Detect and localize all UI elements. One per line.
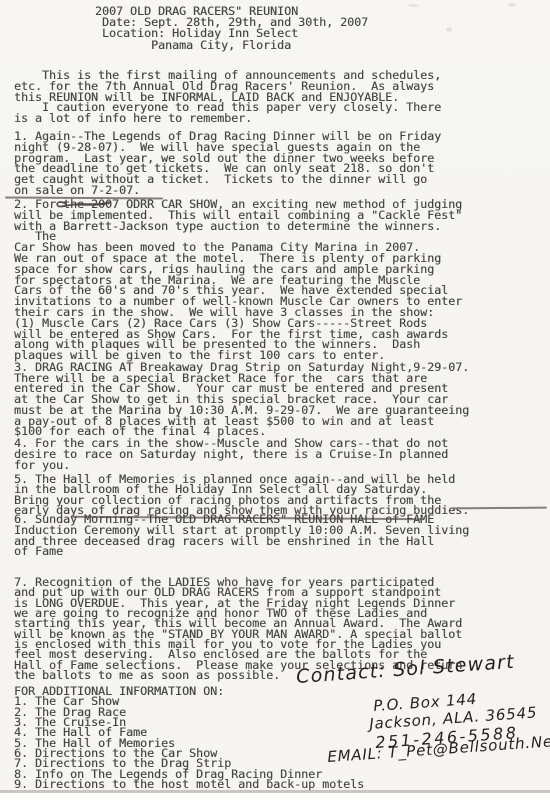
item-1-legends-dinner: 1. Again--The Legends of Drag Racing Din… [14,131,441,196]
item-6-hall-of-fame-induction: 6. Sunday Morning--The OLD DRAG RACERS" … [14,514,469,557]
intro-paragraph: This is the first mailing of announcemen… [14,70,441,124]
document-title-block: 2007 OLD DRAG RACERS" REUNION Date: Sept… [95,6,368,51]
scan-bottom-margin [0,793,550,800]
additional-info-list: FOR ADDITIONAL INFORMATION ON: 1. The Ca… [14,686,364,789]
scan-speck [408,4,418,7]
item-4-cruise-in: 4. For the cars in the show--Muscle and … [14,438,448,470]
scanned-document-page: 2007 OLD DRAG RACERS" REUNION Date: Sept… [0,0,550,800]
item-2-car-show: 2. For the 2007 ODRR CAR SHOW, an exciti… [14,199,462,361]
item-3-drag-racing: 3. DRAG RACING AT Breakaway Drag Strip o… [14,362,469,437]
scan-speck [446,27,452,32]
scan-speck [508,3,516,7]
item-5-hall-of-memories: 5. The Hall of Memories is planned once … [14,474,469,515]
hand-line-right [452,506,547,509]
